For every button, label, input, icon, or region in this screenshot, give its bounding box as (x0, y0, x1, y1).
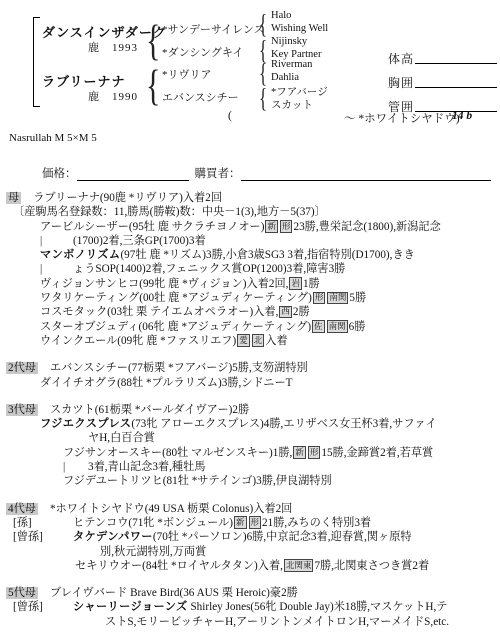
record-text: コスモタック(03牡 栗 テイエムオペラオー)入着, (40, 306, 278, 318)
record-text: 3着,青山記念3着,種牡馬 (88, 461, 205, 473)
gg-name: Wishing Well (271, 23, 328, 34)
record-text: 23勝,豊栄記念(1800),新潟記念 (293, 221, 440, 233)
region-box: 西 (279, 306, 292, 319)
record-line: 母ラブリーナナ(90鹿 *リヴリア)入着2回 (0, 191, 500, 205)
family-number: 14 b (452, 110, 472, 122)
dam-detail: 鹿 1990 (88, 88, 138, 104)
record-line: フジエクスプレス(73牝 アローエクスプレス)4勝,エリザベス女王杯3着,サファ… (0, 417, 500, 431)
record-line: [曾孫]シャーリージョーンズ Shirley Jones(56牝 Double … (0, 600, 500, 614)
region-box: 南関 (327, 320, 348, 333)
record-text: セキリウオー(84牡 *ロイヤルタタン)入着, (75, 560, 283, 572)
gg-brace-4 (259, 83, 267, 115)
record-line: [孫]ヒテンコウ(71牝 *ボンジュール)新形21勝,みちのく特別3着 (0, 516, 500, 530)
record-line: ダイイチオグラ(88牡 *プルラリズム)3勝,シドニーT (0, 376, 500, 390)
relation-tag: [孫] (13, 516, 73, 530)
gg-name: Nijinsky (271, 36, 307, 47)
branch-bar: | (63, 460, 88, 474)
pedigree-chart: ダンスインザダーク 鹿 1993 ラブリーナナ 鹿 1990 *サンデーサイレン… (0, 0, 500, 124)
region-box: 新 (293, 446, 306, 459)
section-label: 3代母 (6, 404, 38, 416)
sire-brace (146, 17, 160, 66)
buyer-blank[interactable] (241, 168, 491, 181)
record-text: ヴィジョンサンヒコ(99牝 鹿 *ヴィジョン)入着2回, (40, 278, 288, 290)
horse-name-bold: フジエクスプレス (40, 418, 131, 430)
family-note-tail: ～ *ホワイトシヤドウ) (344, 110, 460, 126)
record-line: |3着,青山記念3着,種牡馬 (0, 460, 500, 474)
record-text: ブレイヴバード Brave Bird(36 AUS 栗 Heroic)豪2勝 (50, 587, 298, 599)
measurement-blank-girth[interactable] (415, 75, 497, 88)
branch-bar: | (40, 262, 73, 276)
sire-dam-name: *ダンシングキイ (162, 44, 243, 60)
region-box: 形 (313, 292, 326, 305)
record-line: コスモタック(03牡 栗 テイエムオペラオー)入着,西2勝 (0, 305, 500, 319)
buyer-label: 購買者： (195, 165, 241, 181)
catalog-page: ダンスインザダーク 鹿 1993 ラブリーナナ 鹿 1990 *サンデーサイレン… (0, 0, 500, 637)
record-text: *ホワイトシヤドウ(49 USA 栃栗 Colonus)入着2回 (50, 503, 292, 515)
price-blank[interactable] (77, 168, 189, 181)
record-line: ヴィジョンサンヒコ(99牝 鹿 *ヴィジョン)入着2回,岩1勝 (0, 277, 500, 291)
sire-detail: 鹿 1993 (88, 39, 138, 55)
record-text: (70牡 *パーソロン)6勝,中京記念3着,迎春賞,関ヶ原特 (153, 531, 412, 543)
record-text: ヤH,白百合賞 (88, 432, 155, 444)
record-text: ょうSOP(1400)2着,フェニックス賞OP(1200)3着,障害3勝 (73, 263, 345, 275)
record-text: 別,秋元湖特別,万両賞 (100, 546, 206, 558)
record-text: フジサンオースキー(80牡 マルゼンスキー)1勝, (63, 447, 292, 459)
record-text: 6勝 (349, 321, 366, 333)
section-label: 4代母 (6, 503, 38, 515)
region-box: 佐 (312, 320, 325, 333)
record-line: 別,秋元湖特別,万両賞 (0, 545, 500, 559)
record-text: 15勝,金蹄賞2着,若草賞 (321, 447, 433, 459)
record-text: 1勝 (303, 278, 320, 290)
record-text: ラブリーナナ(90鹿 *リヴリア)入着2回 (33, 192, 222, 204)
region-box: 形 (280, 220, 293, 233)
record-text: 7勝,北関東さつき賞2着 (314, 560, 429, 572)
family-records: 母ラブリーナナ(90鹿 *リヴリア)入着2回〔産駒馬名登録数：11,勝馬(勝鞍)… (0, 191, 500, 629)
dam-brace (146, 62, 160, 111)
record-line: ワタリケーティング(00牡 鹿 *アジュディケーティング)形南関5勝 (0, 291, 500, 305)
pedigree-outer-bracket (33, 17, 40, 107)
record-line: ウインクエール(09牝 鹿 *ファスリエフ)愛北入着 (0, 334, 500, 348)
region-box: 形 (249, 516, 262, 529)
record-line: [曾孫]タケデンパワー(70牡 *パーソロン)6勝,中京記念3着,迎春賞,関ヶ原… (0, 530, 500, 544)
region-box: 新 (265, 220, 278, 233)
section-label: 5代母 (6, 587, 38, 599)
record-block: 5代母ブレイヴバード Brave Bird(36 AUS 栗 Heroic)豪2… (0, 586, 500, 629)
record-text: Shirley Jones(56牝 Double Jay)米18勝,マスケットH… (188, 601, 448, 613)
dam-sire-name: *リヴリア (162, 66, 212, 82)
record-line: 5代母ブレイヴバード Brave Bird(36 AUS 栗 Heroic)豪2… (0, 586, 500, 600)
record-line: 3代母スカツト(61栃栗 *バールダイヴアー)2勝 (0, 403, 500, 417)
family-note-open: ( (228, 110, 232, 122)
measurement-blank-height[interactable] (415, 51, 497, 64)
record-line: フジサンオースキー(80牡 マルゼンスキー)1勝,新形15勝,金蹄賞2着,若草賞 (0, 446, 500, 460)
record-line: 2代母エバンスシチー(77栃栗 *フアバージ)5勝,支笏湖特別 (0, 361, 500, 375)
record-text: ストS,モリービッチャーH,アーリントンメイトロンH,マーメイドS,etc. (105, 616, 449, 628)
record-text: ワタリケーティング(00牡 鹿 *アジュディケーティング) (40, 292, 312, 304)
gg-name: スカット (271, 97, 313, 112)
record-text: エバンスシチー(77栃栗 *フアバージ)5勝,支笏湖特別 (50, 362, 308, 374)
record-line: アービルシーザー(95牡 鹿 サクラチヨノオー)新形23勝,豊栄記念(1800)… (0, 220, 500, 234)
record-line: ヤH,白百合賞 (0, 431, 500, 445)
branch-bar: | (40, 234, 73, 248)
inbreeding-note: Nasrullah M 5×M 5 (9, 132, 500, 144)
record-line: セキリウオー(84牡 *ロイヤルタタン)入着,北関東7勝,北関東さつき賞2着 (0, 559, 500, 573)
record-text: 2勝 (293, 306, 310, 318)
horse-name-bold: タケデンパワー (73, 531, 153, 543)
record-text: ウインクエール(09牝 鹿 *ファスリエフ) (40, 335, 236, 347)
record-text: スカツト(61栃栗 *バールダイヴアー)2勝 (50, 404, 249, 416)
record-text: ダイイチオグラ(88牡 *プルラリズム)3勝,シドニーT (40, 377, 292, 389)
region-box: 愛 (237, 334, 250, 347)
relation-tag: [曾孫] (13, 530, 73, 544)
record-line: ストS,モリービッチャーH,アーリントンメイトロンH,マーメイドS,etc. (0, 615, 500, 629)
record-line: |ょうSOP(1400)2着,フェニックス賞OP(1200)3着,障害3勝 (0, 262, 500, 276)
record-line: |(1700)2着,三条GP(1700)3着 (0, 234, 500, 248)
sale-row: 価格： 購買者： (42, 165, 500, 181)
record-block: 3代母スカツト(61栃栗 *バールダイヴアー)2勝フジエクスプレス(73牝 アロ… (0, 403, 500, 489)
record-block: 4代母*ホワイトシヤドウ(49 USA 栃栗 Colonus)入着2回[孫]ヒテ… (0, 502, 500, 573)
record-line: 4代母*ホワイトシヤドウ(49 USA 栃栗 Colonus)入着2回 (0, 502, 500, 516)
record-text: (97牡 鹿 *リズム)3勝,小倉3歳SG3 3着,指宿特別(D1700),きき (120, 249, 414, 261)
region-box: 新 (234, 516, 247, 529)
record-line: マンボノリズム(97牡 鹿 *リズム)3勝,小倉3歳SG3 3着,指宿特別(D1… (0, 248, 500, 262)
measurement-label-girth: 胸囲 (388, 74, 414, 91)
record-block: 母ラブリーナナ(90鹿 *リヴリア)入着2回〔産駒馬名登録数：11,勝馬(勝鞍)… (0, 191, 500, 348)
record-line: スターオブジュディ(06牝 鹿 *アジュディケーティング)佐南関6勝 (0, 320, 500, 334)
region-box: 岩 (289, 277, 302, 290)
section-label: 2代母 (6, 362, 38, 374)
record-line: フジデユートリツヒ(81牡 *サテインゴ)3勝,伊良湖特別 (0, 474, 500, 488)
relation-tag: [曾孫] (13, 600, 73, 614)
region-box: 北関東 (284, 559, 314, 572)
record-line: 〔産駒馬名登録数：11,勝馬(勝鞍)数：中央－1(3),地方－5(37)〕 (0, 205, 500, 219)
region-box: 南関 (327, 292, 348, 305)
record-text: 21勝,みちのく特別3着 (262, 517, 371, 529)
region-box: 北 (252, 334, 265, 347)
gg-name: Dahlia (271, 72, 299, 83)
horse-name-bold: マンボノリズム (40, 249, 120, 261)
dam-dam-name: エバンスシチー (162, 89, 239, 105)
record-text: フジデユートリツヒ(81牡 *サテインゴ)3勝,伊良湖特別 (63, 475, 332, 487)
gg-name: Riverman (271, 59, 312, 70)
record-text: スターオブジュディ(06牝 鹿 *アジュディケーティング) (40, 321, 311, 333)
region-box: 形 (308, 446, 321, 459)
measurement-label-height: 体高 (388, 50, 414, 67)
gg-name: Halo (271, 10, 291, 21)
record-text: (73牝 アローエクスプレス)4勝,エリザベス女王杯3着,サファイ (131, 418, 436, 430)
horse-name-bold: シャーリージョーンズ (73, 601, 188, 613)
record-block: 2代母エバンスシチー(77栃栗 *フアバージ)5勝,支笏湖特別ダイイチオグラ(8… (0, 361, 500, 390)
record-text: (1700)2着,三条GP(1700)3着 (73, 235, 206, 247)
record-text: ヒテンコウ(71牝 *ボンジュール) (73, 517, 233, 529)
record-text: 入着 (265, 335, 287, 347)
price-label: 価格： (42, 165, 77, 181)
sire-sire-name: *サンデーサイレンス (162, 21, 265, 37)
record-text: アービルシーザー(95牡 鹿 サクラチヨノオー) (40, 221, 264, 233)
section-label: 母 (6, 192, 21, 204)
record-text: 5勝 (349, 292, 366, 304)
record-text: 〔産駒馬名登録数：11,勝馬(勝鞍)数：中央－1(3),地方－5(37)〕 (13, 206, 326, 218)
